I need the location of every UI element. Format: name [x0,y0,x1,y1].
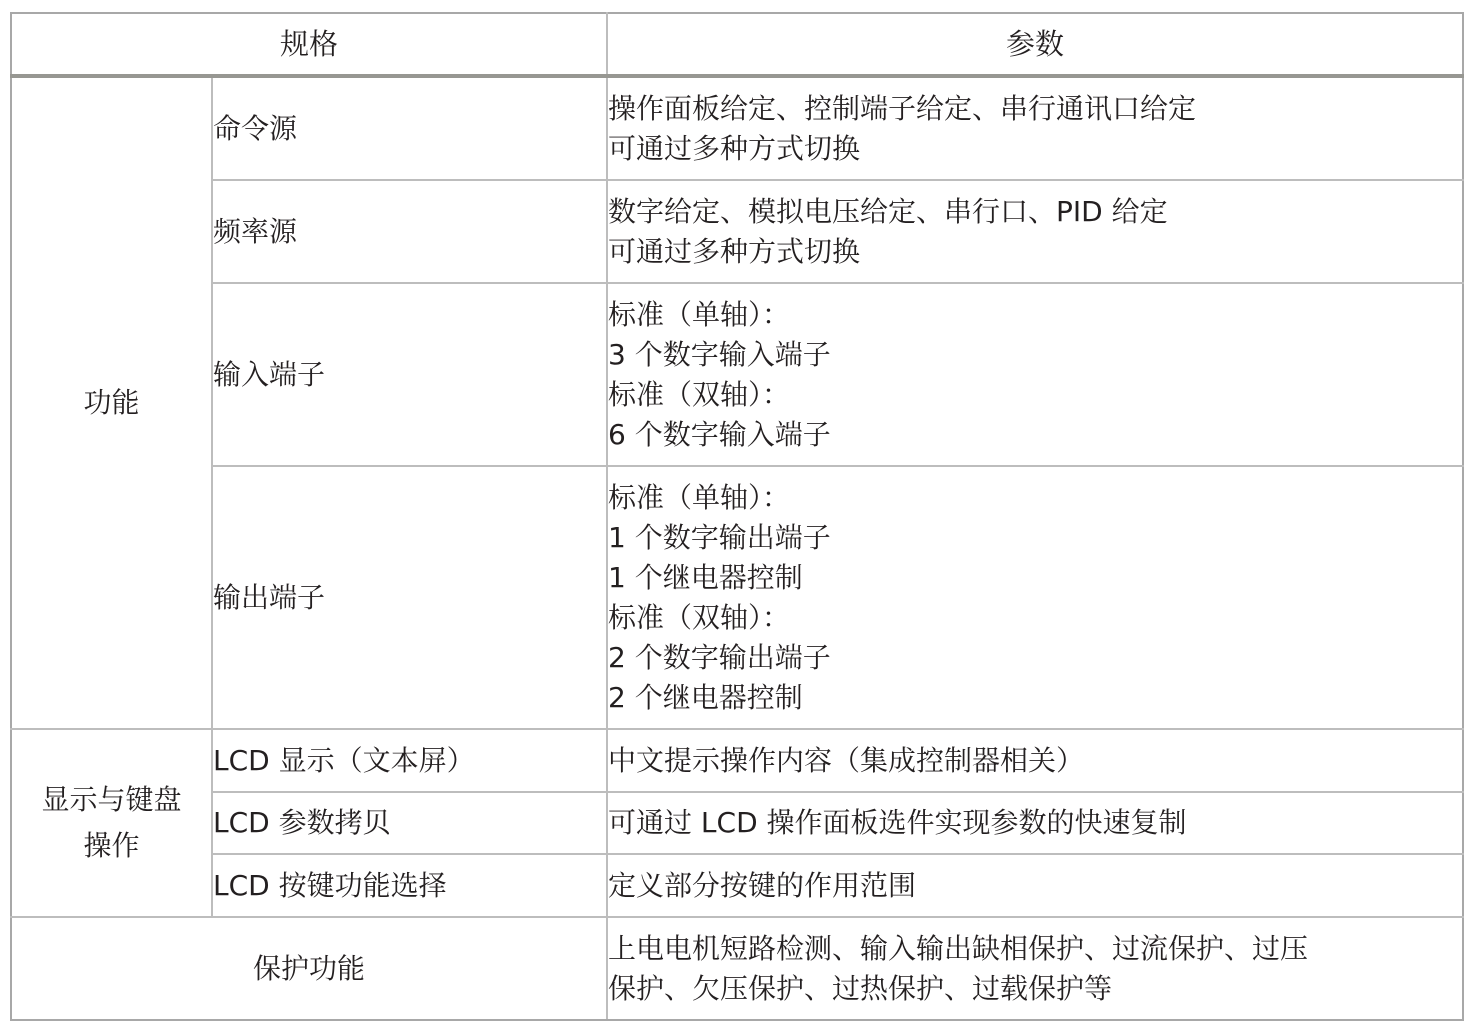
table-header-row: 规格 参数 [11,13,1463,76]
item-frequency-source: 频率源 [212,180,607,283]
param-line: 标准（双轴）： [608,375,1462,415]
param-line: 保护、欠压保护、过热保护、过载保护等 [608,969,1462,1009]
param-line: 标准（单轴）： [608,295,1462,335]
param-line: 可通过多种方式切换 [608,232,1462,272]
param-line: 2 个数字输出端子 [608,638,1462,678]
category-line: 显示与键盘 [12,780,211,820]
param-line: 定义部分按键的作用范围 [608,866,1462,906]
param-line: 6 个数字输入端子 [608,415,1462,455]
item-command-source: 命令源 [212,76,607,180]
category-display-keyboard: 显示与键盘 操作 [11,729,212,917]
param-command-source: 操作面板给定、控制端子给定、串行通讯口给定 可通过多种方式切换 [607,76,1463,180]
category-function: 功能 [11,76,212,729]
table-row: 保护功能 上电电机短路检测、输入输出缺相保护、过流保护、过压 保护、欠压保护、过… [11,917,1463,1020]
header-param: 参数 [607,13,1463,76]
param-line: 可通过 LCD 操作面板选件实现参数的快速复制 [608,803,1462,843]
table-row: LCD 按键功能选择 定义部分按键的作用范围 [11,854,1463,917]
table-row: 输出端子 标准（单轴）： 1 个数字输出端子 1 个继电器控制 标准（双轴）： … [11,466,1463,729]
param-line: 1 个继电器控制 [608,558,1462,598]
param-line: 3 个数字输入端子 [608,335,1462,375]
param-line: 可通过多种方式切换 [608,129,1462,169]
item-input-terminal: 输入端子 [212,283,607,466]
param-output-terminal: 标准（单轴）： 1 个数字输出端子 1 个继电器控制 标准（双轴）： 2 个数字… [607,466,1463,729]
item-lcd-param-copy: LCD 参数拷贝 [212,792,607,854]
param-lcd-key-function: 定义部分按键的作用范围 [607,854,1463,917]
param-line: 标准（单轴）： [608,478,1462,518]
header-spec: 规格 [11,13,607,76]
param-line: 中文提示操作内容（集成控制器相关） [608,741,1462,781]
param-line: 1 个数字输出端子 [608,518,1462,558]
item-lcd-display: LCD 显示（文本屏） [212,729,607,792]
param-lcd-param-copy: 可通过 LCD 操作面板选件实现参数的快速复制 [607,792,1463,854]
spec-table: 规格 参数 功能 命令源 操作面板给定、控制端子给定、串行通讯口给定 可通过多种… [10,12,1464,1021]
param-line: 标准（双轴）： [608,598,1462,638]
param-lcd-display: 中文提示操作内容（集成控制器相关） [607,729,1463,792]
item-lcd-key-function: LCD 按键功能选择 [212,854,607,917]
param-frequency-source: 数字给定、模拟电压给定、串行口、PID 给定 可通过多种方式切换 [607,180,1463,283]
table-row: 频率源 数字给定、模拟电压给定、串行口、PID 给定 可通过多种方式切换 [11,180,1463,283]
param-protection: 上电电机短路检测、输入输出缺相保护、过流保护、过压 保护、欠压保护、过热保护、过… [607,917,1463,1020]
table-row: 功能 命令源 操作面板给定、控制端子给定、串行通讯口给定 可通过多种方式切换 [11,76,1463,180]
param-line: 上电电机短路检测、输入输出缺相保护、过流保护、过压 [608,929,1462,969]
table-row: 输入端子 标准（单轴）： 3 个数字输入端子 标准（双轴）： 6 个数字输入端子 [11,283,1463,466]
param-line: 数字给定、模拟电压给定、串行口、PID 给定 [608,192,1462,232]
category-protection: 保护功能 [11,917,607,1020]
item-output-terminal: 输出端子 [212,466,607,729]
table-row: LCD 参数拷贝 可通过 LCD 操作面板选件实现参数的快速复制 [11,792,1463,854]
param-input-terminal: 标准（单轴）： 3 个数字输入端子 标准（双轴）： 6 个数字输入端子 [607,283,1463,466]
param-line: 2 个继电器控制 [608,678,1462,718]
category-line: 操作 [12,826,211,866]
table-row: 显示与键盘 操作 LCD 显示（文本屏） 中文提示操作内容（集成控制器相关） [11,729,1463,792]
param-line: 操作面板给定、控制端子给定、串行通讯口给定 [608,89,1462,129]
